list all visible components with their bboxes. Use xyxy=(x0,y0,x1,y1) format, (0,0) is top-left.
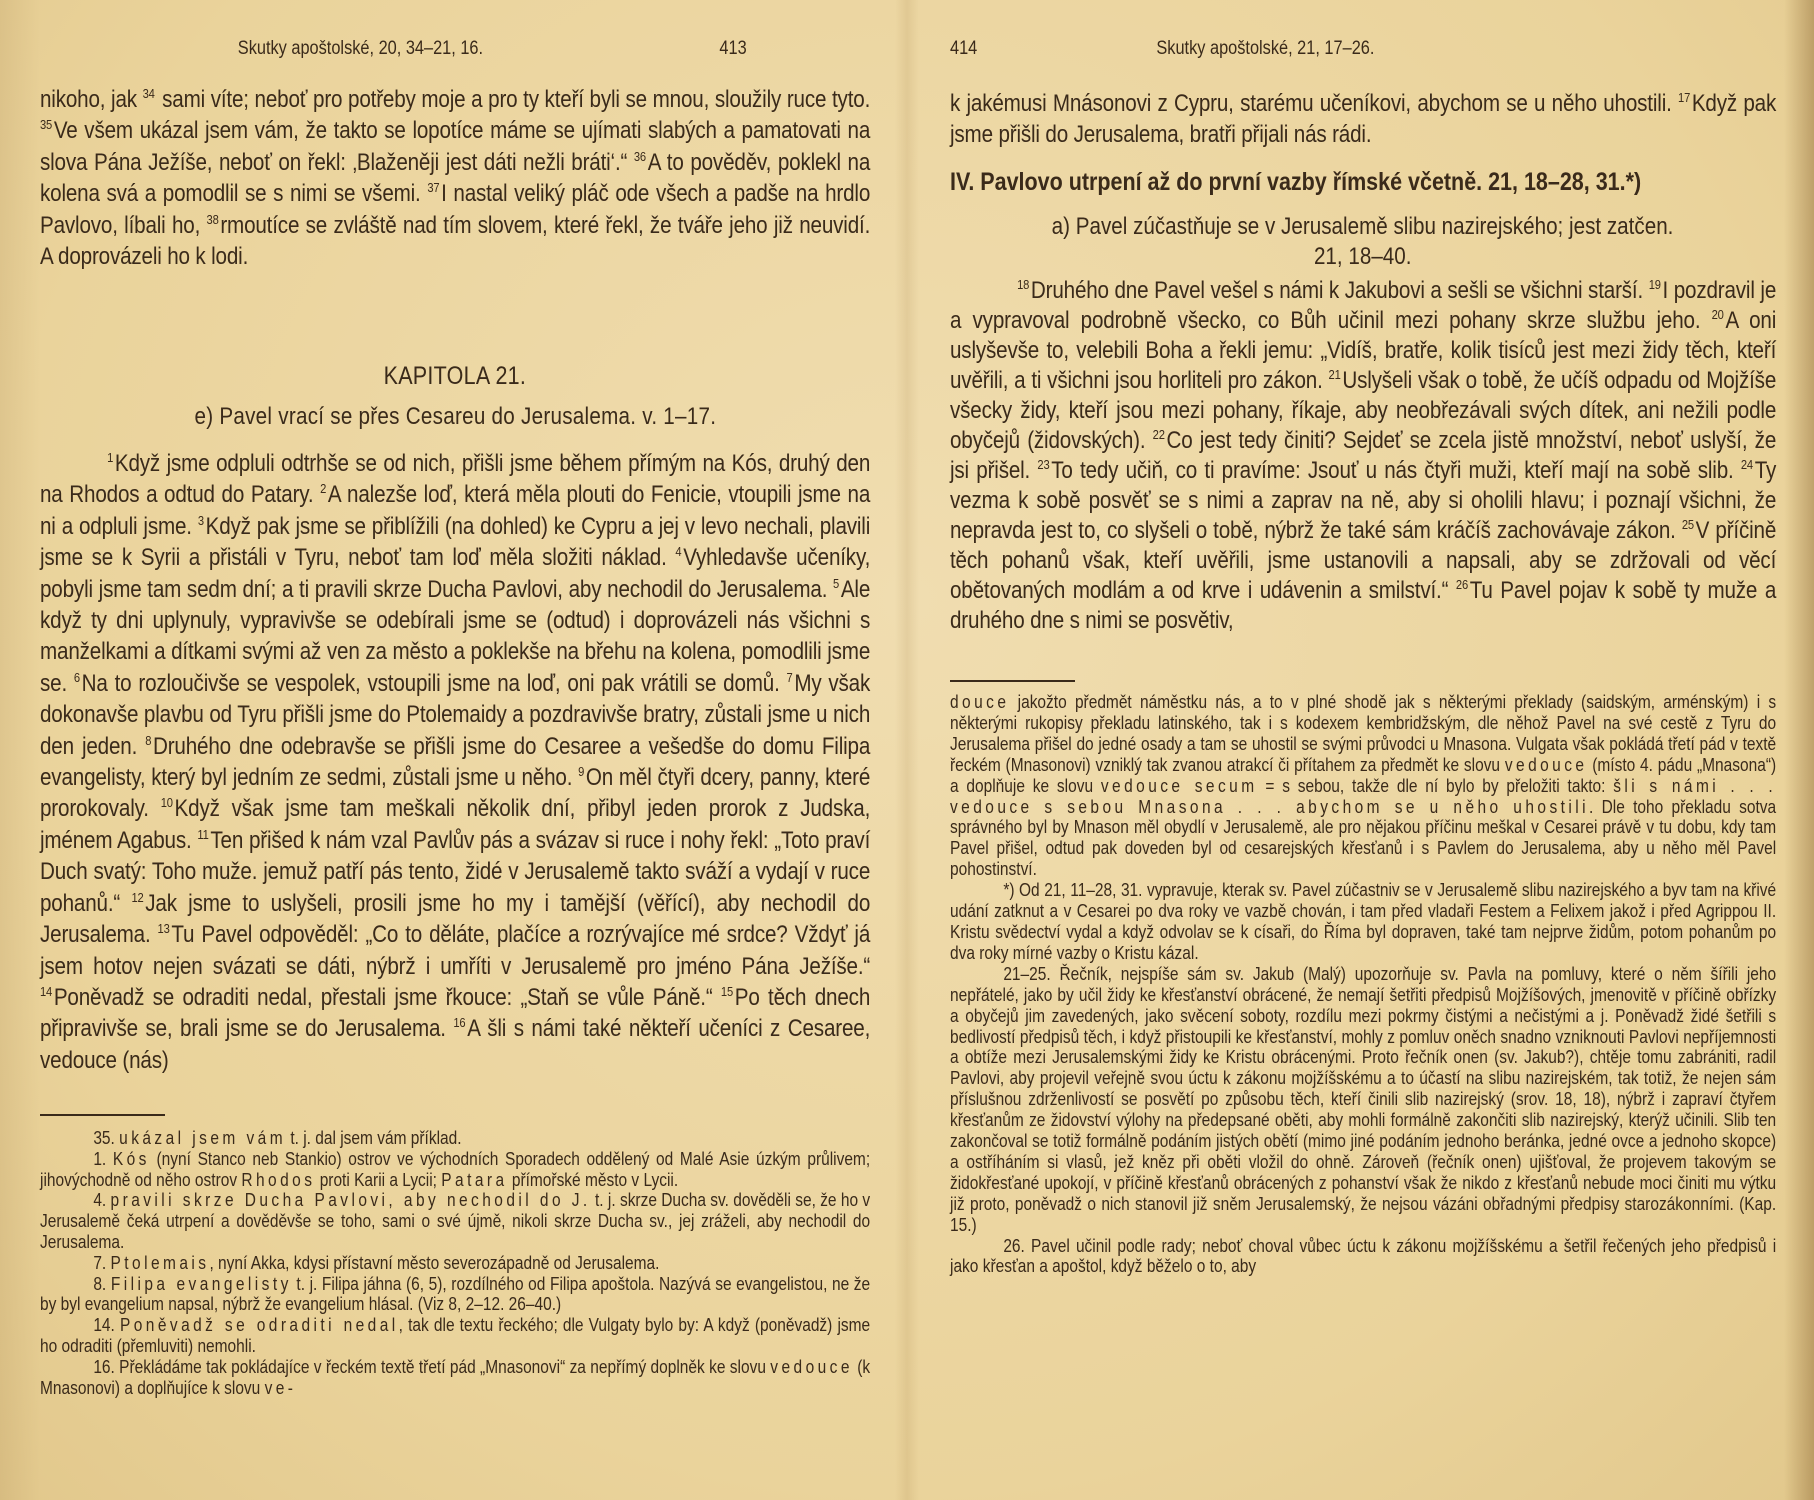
paragraph: 1Když jsme odpluli odtrhše se od nich, p… xyxy=(40,448,870,1076)
footnote-text: proti Karii a Lycii; xyxy=(315,1170,441,1190)
verse-text: Na to rozloučivše se vespolek, vstoupili… xyxy=(82,670,787,697)
verse-number: 16 xyxy=(453,1015,465,1030)
verse-number: 2 xyxy=(320,481,326,496)
verse-text: Druhého dne Pavel vešel s námi k Jakubov… xyxy=(1031,277,1649,304)
spaced-term: ukázal jsem vám xyxy=(119,1128,286,1148)
verse-number: 8 xyxy=(145,733,151,748)
footnote-text: 4. xyxy=(93,1190,110,1210)
spaced-term: pravili skrze Ducha Pavlovi, aby nechodi… xyxy=(111,1190,591,1210)
section-heading-text: e) Pavel vrací se přes Cesareu do Jerusa… xyxy=(194,403,716,431)
verse-number: 23 xyxy=(1037,457,1049,472)
spaced-term: vedouce xyxy=(770,1357,853,1377)
right-footnotes: douce jakožto předmět náměstku nás, a to… xyxy=(950,692,1776,1277)
right-page: 414 Skutky apoštolské, 21, 17–26. k jaké… xyxy=(950,0,1776,1500)
left-footnotes: 35. ukázal jsem vám t. j. dal jsem vám p… xyxy=(40,1128,870,1398)
verse-number: 38 xyxy=(207,212,219,227)
subheading-line-2: 21, 18–40. xyxy=(1314,242,1412,272)
footnote-text: , nyní Akka, kdysi přístavní město sever… xyxy=(209,1253,659,1273)
verse-number: 26 xyxy=(1456,577,1468,592)
paragraph: 18Druhého dne Pavel vešel s námi k Jakub… xyxy=(950,276,1776,636)
footnote-text: 7. xyxy=(93,1253,110,1273)
verse-number: 36 xyxy=(634,149,646,164)
verse-text: k jakémusi Mnásonovi z Cypru, starému uč… xyxy=(950,90,1678,117)
book-gutter xyxy=(895,0,919,1500)
left-page: Skutky apoštolské, 20, 34–21, 16. 413 ni… xyxy=(40,0,870,1500)
verse-number: 15 xyxy=(721,984,733,999)
verse-number: 9 xyxy=(578,764,584,779)
left-running-head: Skutky apoštolské, 20, 34–21, 16. 413 xyxy=(40,38,868,66)
footnote: *) Od 21, 11–28, 31. vypravuje, kterak s… xyxy=(950,880,1776,964)
verse-text: nikoho, jak xyxy=(40,86,143,113)
footnote-text: 35. xyxy=(93,1128,119,1148)
footnote-text: přímořské město v Lycii. xyxy=(508,1170,679,1190)
left-chapter-text: 1Když jsme odpluli odtrhše se od nich, p… xyxy=(40,448,870,1076)
verse-number: 21 xyxy=(1329,367,1341,382)
verse-text: To tedy učiň, co ti pravíme: Jsouť u nás… xyxy=(1051,457,1741,484)
footnote: 1. Kós (nyní Stanco neb Stankio) ostrov … xyxy=(40,1149,870,1191)
section-heading: e) Pavel vrací se přes Cesareu do Jerusa… xyxy=(40,403,870,431)
verse-number: 18 xyxy=(1017,277,1029,292)
verse-number: 34 xyxy=(143,86,155,101)
spaced-term: Poněvadž se odraditi nedal xyxy=(120,1315,399,1335)
footnote-rule xyxy=(40,1114,165,1116)
verse-number: 11 xyxy=(197,827,208,842)
right-intro-paragraph: k jakémusi Mnásonovi z Cypru, starému uč… xyxy=(950,88,1776,151)
part-heading-text: IV. Pavlovo utrpení až do první vazby ří… xyxy=(950,168,1776,197)
verse-number: 25 xyxy=(1682,517,1694,532)
verse-number: 24 xyxy=(1741,457,1753,472)
spaced-term: Kós xyxy=(113,1149,150,1169)
verse-number: 13 xyxy=(158,921,170,936)
footnote: 35. ukázal jsem vám t. j. dal jsem vám p… xyxy=(40,1128,870,1149)
page-number: 413 xyxy=(719,38,746,60)
running-title: Skutky apoštolské, 21, 17–26. xyxy=(1156,38,1374,60)
footnote-text: 26. Pavel učinil podle rady; neboť chova… xyxy=(950,1236,1776,1277)
footnote: 14. Poněvadž se odraditi nedal, tak dle … xyxy=(40,1315,870,1357)
footnote-text: 8. xyxy=(93,1274,111,1294)
spaced-term: vedouce secum xyxy=(1101,776,1258,796)
verse-text: Poněvadž se odraditi nedal, přestali jsm… xyxy=(54,984,721,1011)
footnote-text: = s sebou, takže dle ní bylo by přeložit… xyxy=(1258,776,1614,796)
verse-number: 6 xyxy=(74,670,80,685)
running-title: Skutky apoštolské, 20, 34–21, 16. xyxy=(238,38,483,60)
footnote-rule xyxy=(950,680,1075,682)
section-subheading: a) Pavel zúčastňuje se v Jerusalemě slib… xyxy=(950,212,1776,272)
footnote-text: 21–25. Řečník, nejspíše sám sv. Jakub (M… xyxy=(950,964,1776,1235)
footnote: 7. Ptolemais, nyní Akka, kdysi přístavní… xyxy=(40,1253,870,1274)
part-heading: IV. Pavlovo utrpení až do první vazby ří… xyxy=(950,168,1776,197)
verse-number: 20 xyxy=(1712,307,1724,322)
verse-number: 17 xyxy=(1678,90,1690,105)
subheading-line-1: a) Pavel zúčastňuje se v Jerusalemě slib… xyxy=(1052,212,1674,242)
footnote: 26. Pavel učinil podle rady; neboť chova… xyxy=(950,1236,1776,1278)
footnote-text: *) Od 21, 11–28, 31. vypravuje, kterak s… xyxy=(950,880,1776,963)
verse-number: 4 xyxy=(675,544,681,559)
spaced-term: Filipa evangelisty xyxy=(111,1274,292,1294)
book-spread: Skutky apoštolské, 20, 34–21, 16. 413 ni… xyxy=(0,0,1814,1500)
spaced-term: Patara xyxy=(441,1170,507,1190)
footnote: 16. Překládáme tak pokládajíce v řeckém … xyxy=(40,1357,870,1399)
footnote-text: 1. xyxy=(93,1149,113,1169)
footnote: 21–25. Řečník, nejspíše sám sv. Jakub (M… xyxy=(950,964,1776,1236)
paragraph: nikoho, jak 34 sami víte; neboť pro potř… xyxy=(40,84,870,272)
verse-number: 3 xyxy=(198,513,204,528)
right-section-text: 18Druhého dne Pavel vešel s námi k Jakub… xyxy=(950,276,1776,636)
chapter-heading-text: KAPITOLA 21. xyxy=(384,362,527,391)
verse-number: 22 xyxy=(1153,427,1165,442)
verse-number: 10 xyxy=(161,795,173,810)
verse-number: 1 xyxy=(107,450,113,465)
footnote-text: 14. xyxy=(93,1315,120,1335)
verse-number: 35 xyxy=(40,117,52,132)
footnote: 4. pravili skrze Ducha Pavlovi, aby nech… xyxy=(40,1190,870,1252)
spaced-term: douce xyxy=(950,692,1009,712)
chapter-heading: KAPITOLA 21. xyxy=(40,362,870,391)
page-number: 414 xyxy=(950,38,977,60)
verse-text: sami víte; neboť pro potřeby moje a pro … xyxy=(156,86,870,113)
verse-number: 19 xyxy=(1649,277,1661,292)
spaced-term: vedouce xyxy=(1505,755,1588,775)
spaced-term: ve- xyxy=(265,1378,297,1398)
verse-number: 5 xyxy=(833,576,839,591)
verse-number: 14 xyxy=(40,984,52,999)
spaced-term: Ptolemais xyxy=(111,1253,210,1273)
footnote: 8. Filipa evangelisty t. j. Filipa jáhna… xyxy=(40,1274,870,1316)
footnote-text: t. j. dal jsem vám příklad. xyxy=(286,1128,462,1148)
right-running-head: 414 Skutky apoštolské, 21, 17–26. xyxy=(950,38,1774,66)
verse-number: 12 xyxy=(131,890,143,905)
spaced-term: Rhodos xyxy=(241,1170,315,1190)
paragraph: k jakémusi Mnásonovi z Cypru, starému uč… xyxy=(950,88,1776,151)
footnote: douce jakožto předmět náměstku nás, a to… xyxy=(950,692,1776,880)
verse-number: 37 xyxy=(427,180,439,195)
verse-number: 7 xyxy=(787,670,793,685)
left-intro-paragraph: nikoho, jak 34 sami víte; neboť pro potř… xyxy=(40,84,870,272)
footnote-text: 16. Překládáme tak pokládajíce v řeckém … xyxy=(93,1357,770,1377)
